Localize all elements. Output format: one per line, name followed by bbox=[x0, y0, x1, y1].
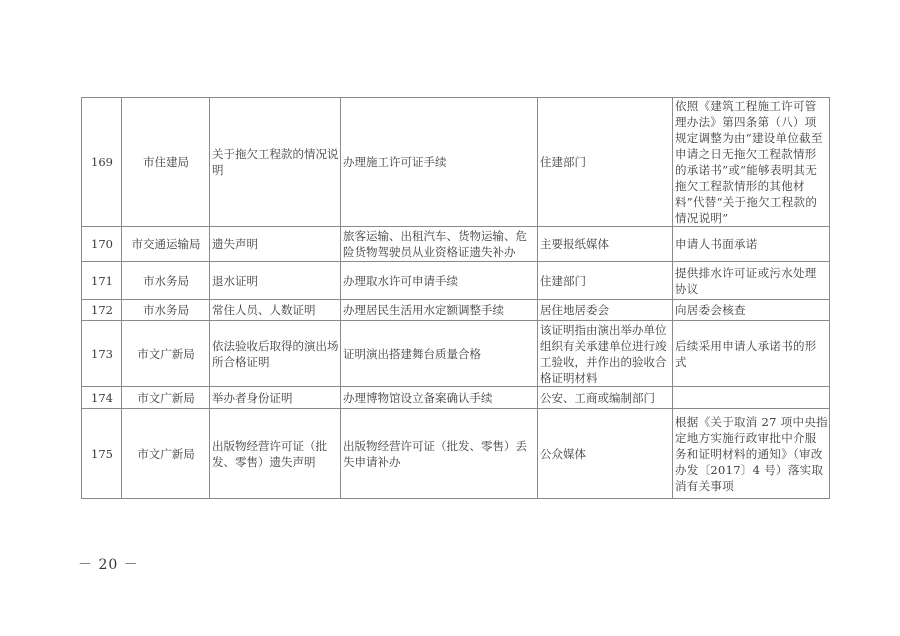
handling-matter: 证明演出搭建舞台质量合格 bbox=[341, 321, 538, 387]
handling-matter: 办理取水许可申请手续 bbox=[341, 262, 538, 300]
row-number: 174 bbox=[82, 387, 122, 409]
certificate-material: 常住人员、人数证明 bbox=[210, 300, 341, 321]
certificate-material: 出版物经营许可证（批发、零售）遗失声明 bbox=[210, 409, 341, 499]
department: 市文广新局 bbox=[122, 387, 210, 409]
handling-note: 向居委会核查 bbox=[673, 300, 830, 321]
table-row: 172 市水务局 常住人员、人数证明 办理居民生活用水定额调整手续 居住地居委会… bbox=[82, 300, 830, 321]
handling-note: 后续采用申请人承诺书的形式 bbox=[673, 321, 830, 387]
department: 市住建局 bbox=[122, 98, 210, 227]
table-row: 175 市文广新局 出版物经营许可证（批发、零售）遗失声明 出版物经营许可证（批… bbox=[82, 409, 830, 499]
row-number: 171 bbox=[82, 262, 122, 300]
row-number: 172 bbox=[82, 300, 122, 321]
certificate-material: 遗失声明 bbox=[210, 227, 341, 262]
issuing-body: 公众媒体 bbox=[538, 409, 673, 499]
table-row: 170 市交通运输局 遗失声明 旅客运输、出租汽车、货物运输、危险货物驾驶员从业… bbox=[82, 227, 830, 262]
issuing-body: 居住地居委会 bbox=[538, 300, 673, 321]
page-number: － 20 － bbox=[78, 554, 139, 574]
certificate-table: 169 市住建局 关于拖欠工程款的情况说明 办理施工许可证手续 住建部门 依照《… bbox=[81, 97, 830, 499]
handling-matter: 旅客运输、出租汽车、货物运输、危险货物驾驶员从业资格证遗失补办 bbox=[341, 227, 538, 262]
row-number: 173 bbox=[82, 321, 122, 387]
handling-note: 申请人书面承诺 bbox=[673, 227, 830, 262]
table-row: 174 市文广新局 举办者身份证明 办理博物馆设立备案确认手续 公安、工商或编制… bbox=[82, 387, 830, 409]
handling-matter: 办理居民生活用水定额调整手续 bbox=[341, 300, 538, 321]
issuing-body: 住建部门 bbox=[538, 262, 673, 300]
handling-note: 依照《建筑工程施工许可管理办法》第四条第（八）项规定调整为由“建设单位截至申请之… bbox=[673, 98, 830, 227]
certificate-material: 依法验收后取得的演出场所合格证明 bbox=[210, 321, 341, 387]
table-row: 173 市文广新局 依法验收后取得的演出场所合格证明 证明演出搭建舞台质量合格 … bbox=[82, 321, 830, 387]
certificate-material: 退水证明 bbox=[210, 262, 341, 300]
handling-note bbox=[673, 387, 830, 409]
handling-note: 提供排水许可证或污水处理协议 bbox=[673, 262, 830, 300]
department: 市交通运输局 bbox=[122, 227, 210, 262]
issuing-body: 住建部门 bbox=[538, 98, 673, 227]
issuing-body: 该证明指由演出举办单位组织有关承建单位进行竣工验收，并作出的验收合格证明材料 bbox=[538, 321, 673, 387]
certificate-material: 关于拖欠工程款的情况说明 bbox=[210, 98, 341, 227]
handling-matter: 出版物经营许可证（批发、零售）丢失申请补办 bbox=[341, 409, 538, 499]
row-number: 169 bbox=[82, 98, 122, 227]
certificate-material: 举办者身份证明 bbox=[210, 387, 341, 409]
table-row: 171 市水务局 退水证明 办理取水许可申请手续 住建部门 提供排水许可证或污水… bbox=[82, 262, 830, 300]
issuing-body: 公安、工商或编制部门 bbox=[538, 387, 673, 409]
handling-matter: 办理施工许可证手续 bbox=[341, 98, 538, 227]
department: 市文广新局 bbox=[122, 321, 210, 387]
table-row: 169 市住建局 关于拖欠工程款的情况说明 办理施工许可证手续 住建部门 依照《… bbox=[82, 98, 830, 227]
handling-note: 根据《关于取消 27 项中央指定地方实施行政审批中介服务和证明材料的通知》（审改… bbox=[673, 409, 830, 499]
issuing-body: 主要报纸媒体 bbox=[538, 227, 673, 262]
department: 市水务局 bbox=[122, 300, 210, 321]
row-number: 170 bbox=[82, 227, 122, 262]
department: 市水务局 bbox=[122, 262, 210, 300]
row-number: 175 bbox=[82, 409, 122, 499]
handling-matter: 办理博物馆设立备案确认手续 bbox=[341, 387, 538, 409]
department: 市文广新局 bbox=[122, 409, 210, 499]
